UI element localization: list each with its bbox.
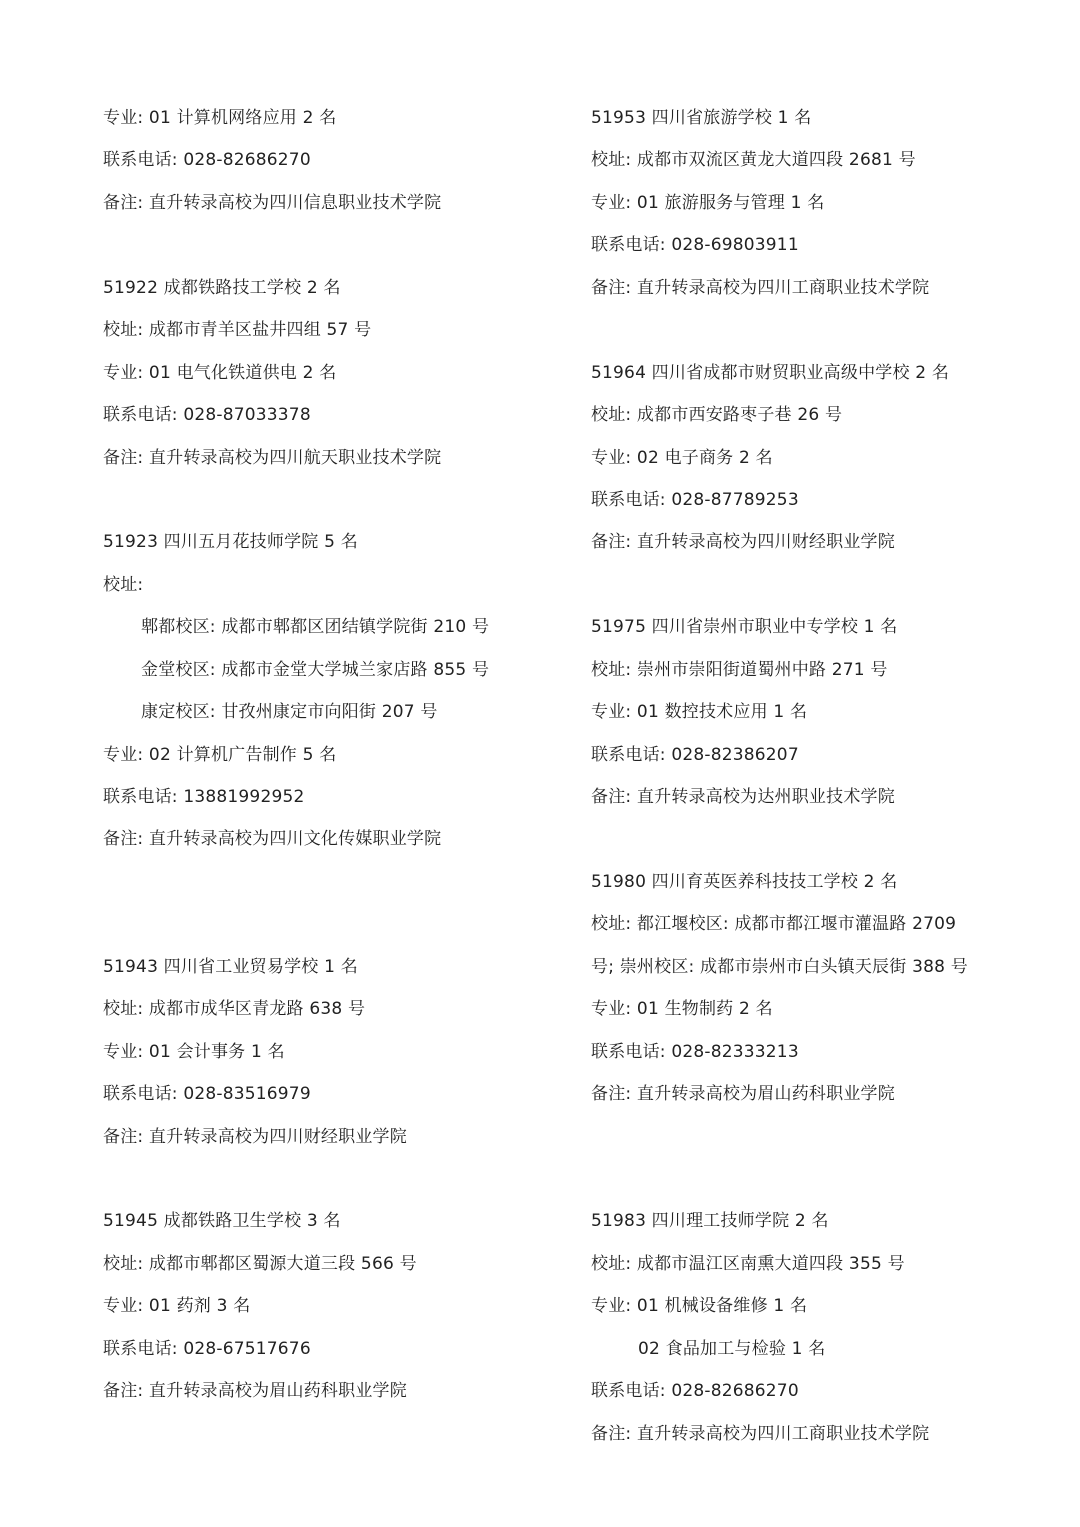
- phone-line: 联系电话: 13881992952: [103, 776, 573, 818]
- right-column: 51953 四川省旅游学校 1 名 校址: 成都市双流区黄龙大道四段 2681 …: [591, 97, 1051, 1455]
- school-heading: 51945 成都铁路卫生学校 3 名: [103, 1200, 573, 1242]
- phone-line: 联系电话: 028-83516979: [103, 1073, 573, 1115]
- major-line: 专业: 02 电子商务 2 名: [591, 437, 1051, 479]
- blank-line: [591, 309, 1051, 351]
- major-line: 专业: 02 计算机广告制作 5 名: [103, 734, 573, 776]
- address-line: 校址: 成都市双流区黄龙大道四段 2681 号: [591, 139, 1051, 181]
- phone-line: 联系电话: 028-87789253: [591, 479, 1051, 521]
- blank-line: [591, 564, 1051, 606]
- address-line: 校址:: [103, 564, 573, 606]
- note-line: 备注: 直升转录高校为四川工商职业技术学院: [591, 1413, 1051, 1455]
- note-line: 备注: 直升转录高校为眉山药科职业学院: [103, 1370, 573, 1412]
- major-continuation-line: 02 食品加工与检验 1 名: [591, 1328, 1051, 1370]
- phone-line: 联系电话: 028-82686270: [591, 1370, 1051, 1412]
- school-heading: 51923 四川五月花技师学院 5 名: [103, 521, 573, 563]
- phone-line: 联系电话: 028-69803911: [591, 224, 1051, 266]
- phone-line: 联系电话: 028-82333213: [591, 1031, 1051, 1073]
- note-line: 备注: 直升转录高校为眉山药科职业学院: [591, 1073, 1051, 1115]
- school-heading: 51922 成都铁路技工学校 2 名: [103, 267, 573, 309]
- phone-line: 联系电话: 028-82686270: [103, 139, 573, 181]
- address-line: 校址: 崇州市崇阳街道蜀州中路 271 号: [591, 649, 1051, 691]
- blank-line: [103, 479, 573, 521]
- school-heading: 51980 四川育英医养科技技工学校 2 名: [591, 861, 1051, 903]
- address-line: 校址: 成都市温江区南熏大道四段 355 号: [591, 1243, 1051, 1285]
- note-line: 备注: 直升转录高校为四川航天职业技术学院: [103, 437, 573, 479]
- blank-line: [103, 1158, 573, 1200]
- left-column: 专业: 01 计算机网络应用 2 名 联系电话: 028-82686270 备注…: [103, 97, 573, 1413]
- major-line: 专业: 01 机械设备维修 1 名: [591, 1285, 1051, 1327]
- document-page: 专业: 01 计算机网络应用 2 名 联系电话: 028-82686270 备注…: [0, 0, 1080, 1527]
- major-line: 专业: 01 生物制药 2 名: [591, 988, 1051, 1030]
- address-line: 校址: 都江堰校区: 成都市都江堰市灌温路 2709: [591, 903, 1051, 945]
- school-heading: 51964 四川省成都市财贸职业高级中学校 2 名: [591, 352, 1051, 394]
- address-line: 校址: 成都市青羊区盐井四组 57 号: [103, 309, 573, 351]
- address-line: 校址: 成都市郫都区蜀源大道三段 566 号: [103, 1243, 573, 1285]
- note-line: 备注: 直升转录高校为四川财经职业学院: [591, 521, 1051, 563]
- blank-line: [103, 903, 573, 945]
- blank-line: [103, 861, 573, 903]
- note-line: 备注: 直升转录高校为四川财经职业学院: [103, 1116, 573, 1158]
- address-line: 校址: 成都市西安路枣子巷 26 号: [591, 394, 1051, 436]
- major-line: 专业: 01 会计事务 1 名: [103, 1031, 573, 1073]
- school-heading: 51983 四川理工技师学院 2 名: [591, 1200, 1051, 1242]
- blank-line: [591, 1158, 1051, 1200]
- blank-line: [103, 224, 573, 266]
- campus-line: 郫都校区: 成都市郫都区团结镇学院街 210 号: [103, 606, 573, 648]
- major-line: 专业: 01 电气化铁道供电 2 名: [103, 352, 573, 394]
- note-line: 备注: 直升转录高校为四川文化传媒职业学院: [103, 818, 573, 860]
- phone-line: 联系电话: 028-67517676: [103, 1328, 573, 1370]
- school-heading: 51953 四川省旅游学校 1 名: [591, 97, 1051, 139]
- campus-line: 康定校区: 甘孜州康定市向阳街 207 号: [103, 691, 573, 733]
- phone-line: 联系电话: 028-82386207: [591, 734, 1051, 776]
- major-line: 专业: 01 计算机网络应用 2 名: [103, 97, 573, 139]
- major-line: 专业: 01 药剂 3 名: [103, 1285, 573, 1327]
- blank-line: [591, 818, 1051, 860]
- address-continuation-line: 号; 崇州校区: 成都市崇州市白头镇天辰街 388 号: [591, 946, 1051, 988]
- school-heading: 51943 四川省工业贸易学校 1 名: [103, 946, 573, 988]
- major-line: 专业: 01 数控技术应用 1 名: [591, 691, 1051, 733]
- blank-line: [591, 1116, 1051, 1158]
- note-line: 备注: 直升转录高校为达州职业技术学院: [591, 776, 1051, 818]
- school-heading: 51975 四川省崇州市职业中专学校 1 名: [591, 606, 1051, 648]
- note-line: 备注: 直升转录高校为四川工商职业技术学院: [591, 267, 1051, 309]
- phone-line: 联系电话: 028-87033378: [103, 394, 573, 436]
- campus-line: 金堂校区: 成都市金堂大学城兰家店路 855 号: [103, 649, 573, 691]
- note-line: 备注: 直升转录高校为四川信息职业技术学院: [103, 182, 573, 224]
- major-line: 专业: 01 旅游服务与管理 1 名: [591, 182, 1051, 224]
- address-line: 校址: 成都市成华区青龙路 638 号: [103, 988, 573, 1030]
